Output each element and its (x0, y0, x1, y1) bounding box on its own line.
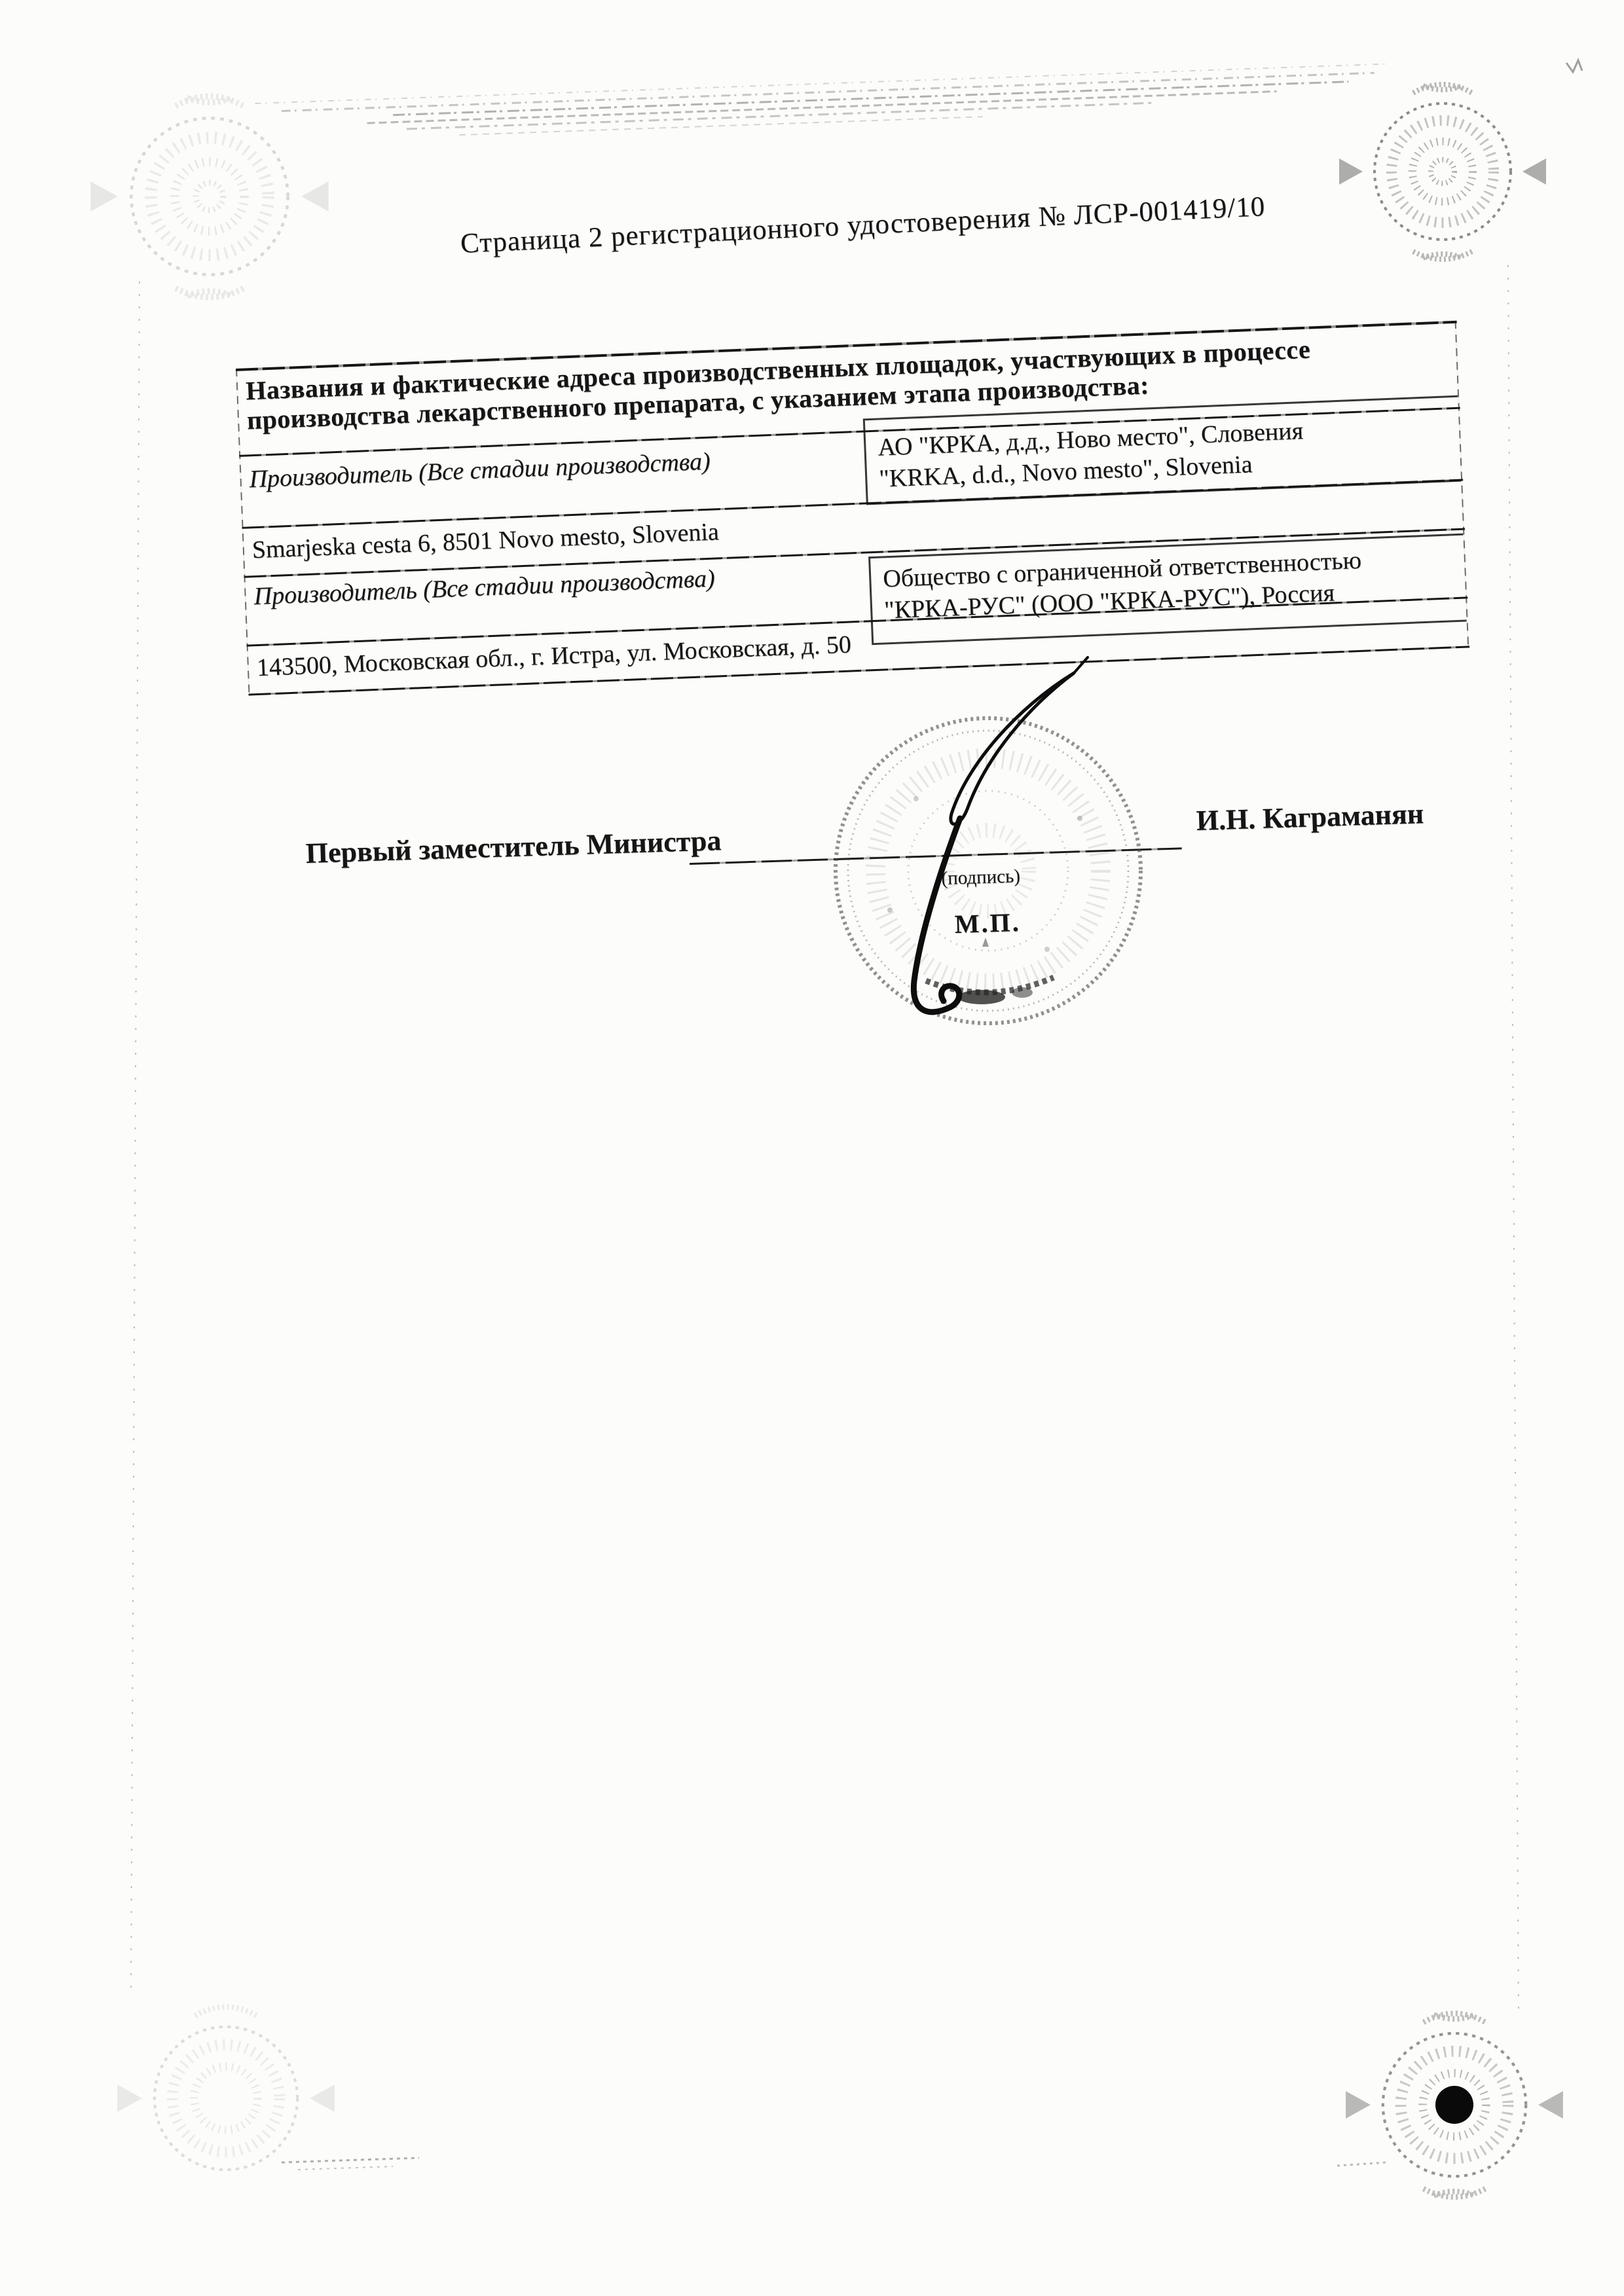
guilloche-rosette-top-left-icon (90, 96, 328, 297)
signature-stroke-icon (913, 657, 1088, 1012)
producer-value-box-2: Общество с ограниченной ответственностью… (868, 534, 1467, 646)
top-border-band (255, 64, 1388, 142)
bottom-streak-marks (282, 2158, 1386, 2170)
certificate-page: Страница 2 регистрационного удостоверени… (0, 0, 1624, 2296)
guilloche-rosette-top-right-icon (1339, 84, 1546, 259)
seal-place-mark: М.П. (954, 907, 1021, 939)
guilloche-rosette-bottom-left-icon (117, 2007, 335, 2170)
page-header-line: Страница 2 регистрационного удостоверени… (460, 191, 1266, 260)
signature-line (690, 847, 1182, 865)
corner-dot-marker (1435, 2086, 1473, 2124)
page-edge-line-right (1508, 265, 1519, 2016)
producer-value-box-1: АО "КРКА, д.д., Ново место", Словения "K… (863, 395, 1461, 505)
producer-label-2: Производитель (Все стадии производства) (253, 564, 716, 611)
signatory-name: И.Н. Каграманян (1196, 797, 1424, 837)
producer-label-1: Производитель (Все стадии производства) (249, 447, 711, 494)
corner-squiggle-icon (1566, 60, 1582, 72)
manufacturing-sites-table: Названия и фактические адреса производст… (236, 321, 1469, 696)
minister-position-title: Первый заместитель Министра (305, 824, 722, 870)
guilloche-rosette-bottom-right-icon (1346, 2013, 1563, 2196)
page-edge-line-left (131, 282, 139, 1994)
signature-caption: (подпись) (941, 866, 1020, 890)
